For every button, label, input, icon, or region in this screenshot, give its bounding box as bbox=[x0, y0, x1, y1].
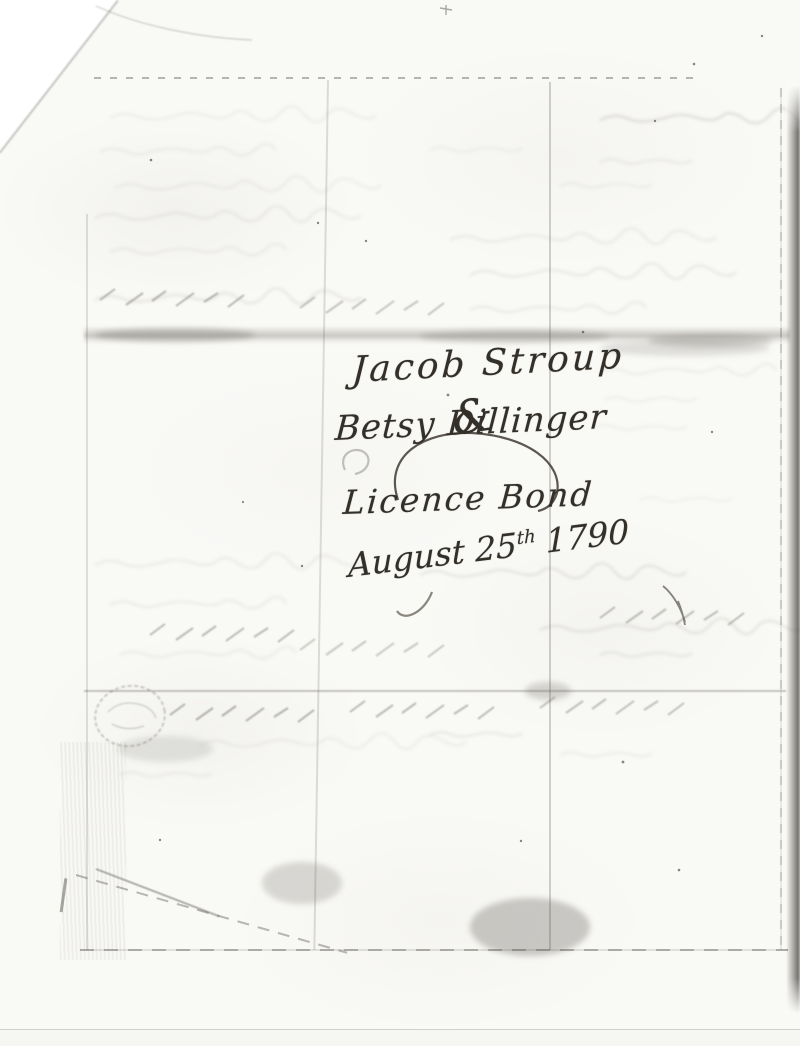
ghost-capital-flourish bbox=[343, 450, 368, 474]
paper-crease-curve bbox=[96, 6, 252, 40]
seal-stamp bbox=[90, 680, 169, 751]
date-ordinal-suffix: th bbox=[517, 526, 536, 549]
scanner-edge-shadow bbox=[786, 84, 800, 1014]
descender-flourish bbox=[397, 592, 432, 616]
ink-overlay bbox=[0, 0, 800, 1046]
scanner-background-strip bbox=[0, 1030, 800, 1046]
scanned-document: Jacob Stroup & Betsy Dillinger Licence B… bbox=[0, 0, 800, 1046]
